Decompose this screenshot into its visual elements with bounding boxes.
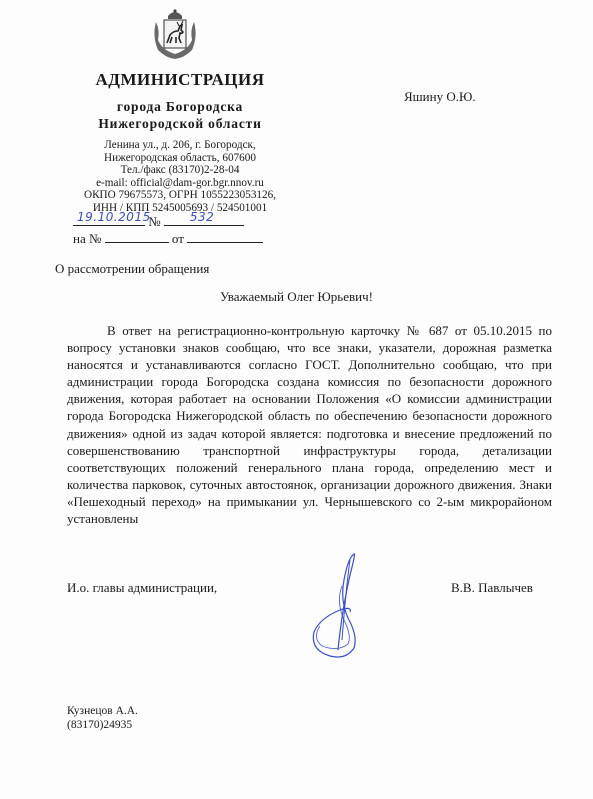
reply-number-label: на № [73, 231, 101, 246]
reply-reference: на № от [73, 229, 263, 247]
address-region-line: Нижегородская область, 607600 [58, 152, 302, 165]
greeting: Уважаемый Олег Юрьевич! [0, 289, 593, 305]
organization-city: города Богородска [62, 98, 298, 115]
organization-contacts: Ленина ул., д. 206, г. Богородск, Нижего… [58, 139, 302, 215]
organization-region: Нижегородской области [62, 115, 298, 132]
signatory-name: В.В. Павлычев [451, 580, 533, 596]
organization-subtitle: города Богородска Нижегородской области [62, 98, 298, 132]
reply-from-label: от [172, 231, 184, 246]
recipient: Яшину О.Ю. [404, 89, 476, 105]
executor-phone: (83170)24935 [67, 719, 138, 733]
executor-name: Кузнецов А.А. [67, 705, 138, 719]
handwritten-number: 532 [190, 210, 214, 224]
email-line: e-mail: official@dam-gor.bgr.nnov.ru [58, 177, 302, 190]
outgoing-date-field: 19.10.2015 [73, 212, 145, 226]
signatory-role: И.о. главы администрации, [67, 580, 217, 596]
reply-number-field [105, 229, 169, 243]
okpo-ogrn-line: ОКПО 79675573, ОГРН 1055223053126, [58, 189, 302, 202]
coat-of-arms-icon [148, 8, 202, 60]
outgoing-registration: 19.10.2015 № 532 [73, 212, 244, 230]
handwritten-date: 19.10.2015 [77, 210, 151, 224]
outgoing-number-field: 532 [164, 212, 244, 226]
letter-body: В ответ на регистрационно-контрольную ка… [67, 322, 552, 527]
executor-info: Кузнецов А.А. (83170)24935 [67, 705, 138, 732]
subject-line: О рассмотрении обращения [55, 261, 209, 277]
organization-title: АДМИНИСТРАЦИЯ [62, 70, 298, 90]
address-line: Ленина ул., д. 206, г. Богородск, [58, 139, 302, 152]
reply-date-field [187, 229, 263, 243]
handwritten-signature [290, 540, 390, 665]
phone-fax-line: Тел./факс (83170)2-28-04 [58, 164, 302, 177]
